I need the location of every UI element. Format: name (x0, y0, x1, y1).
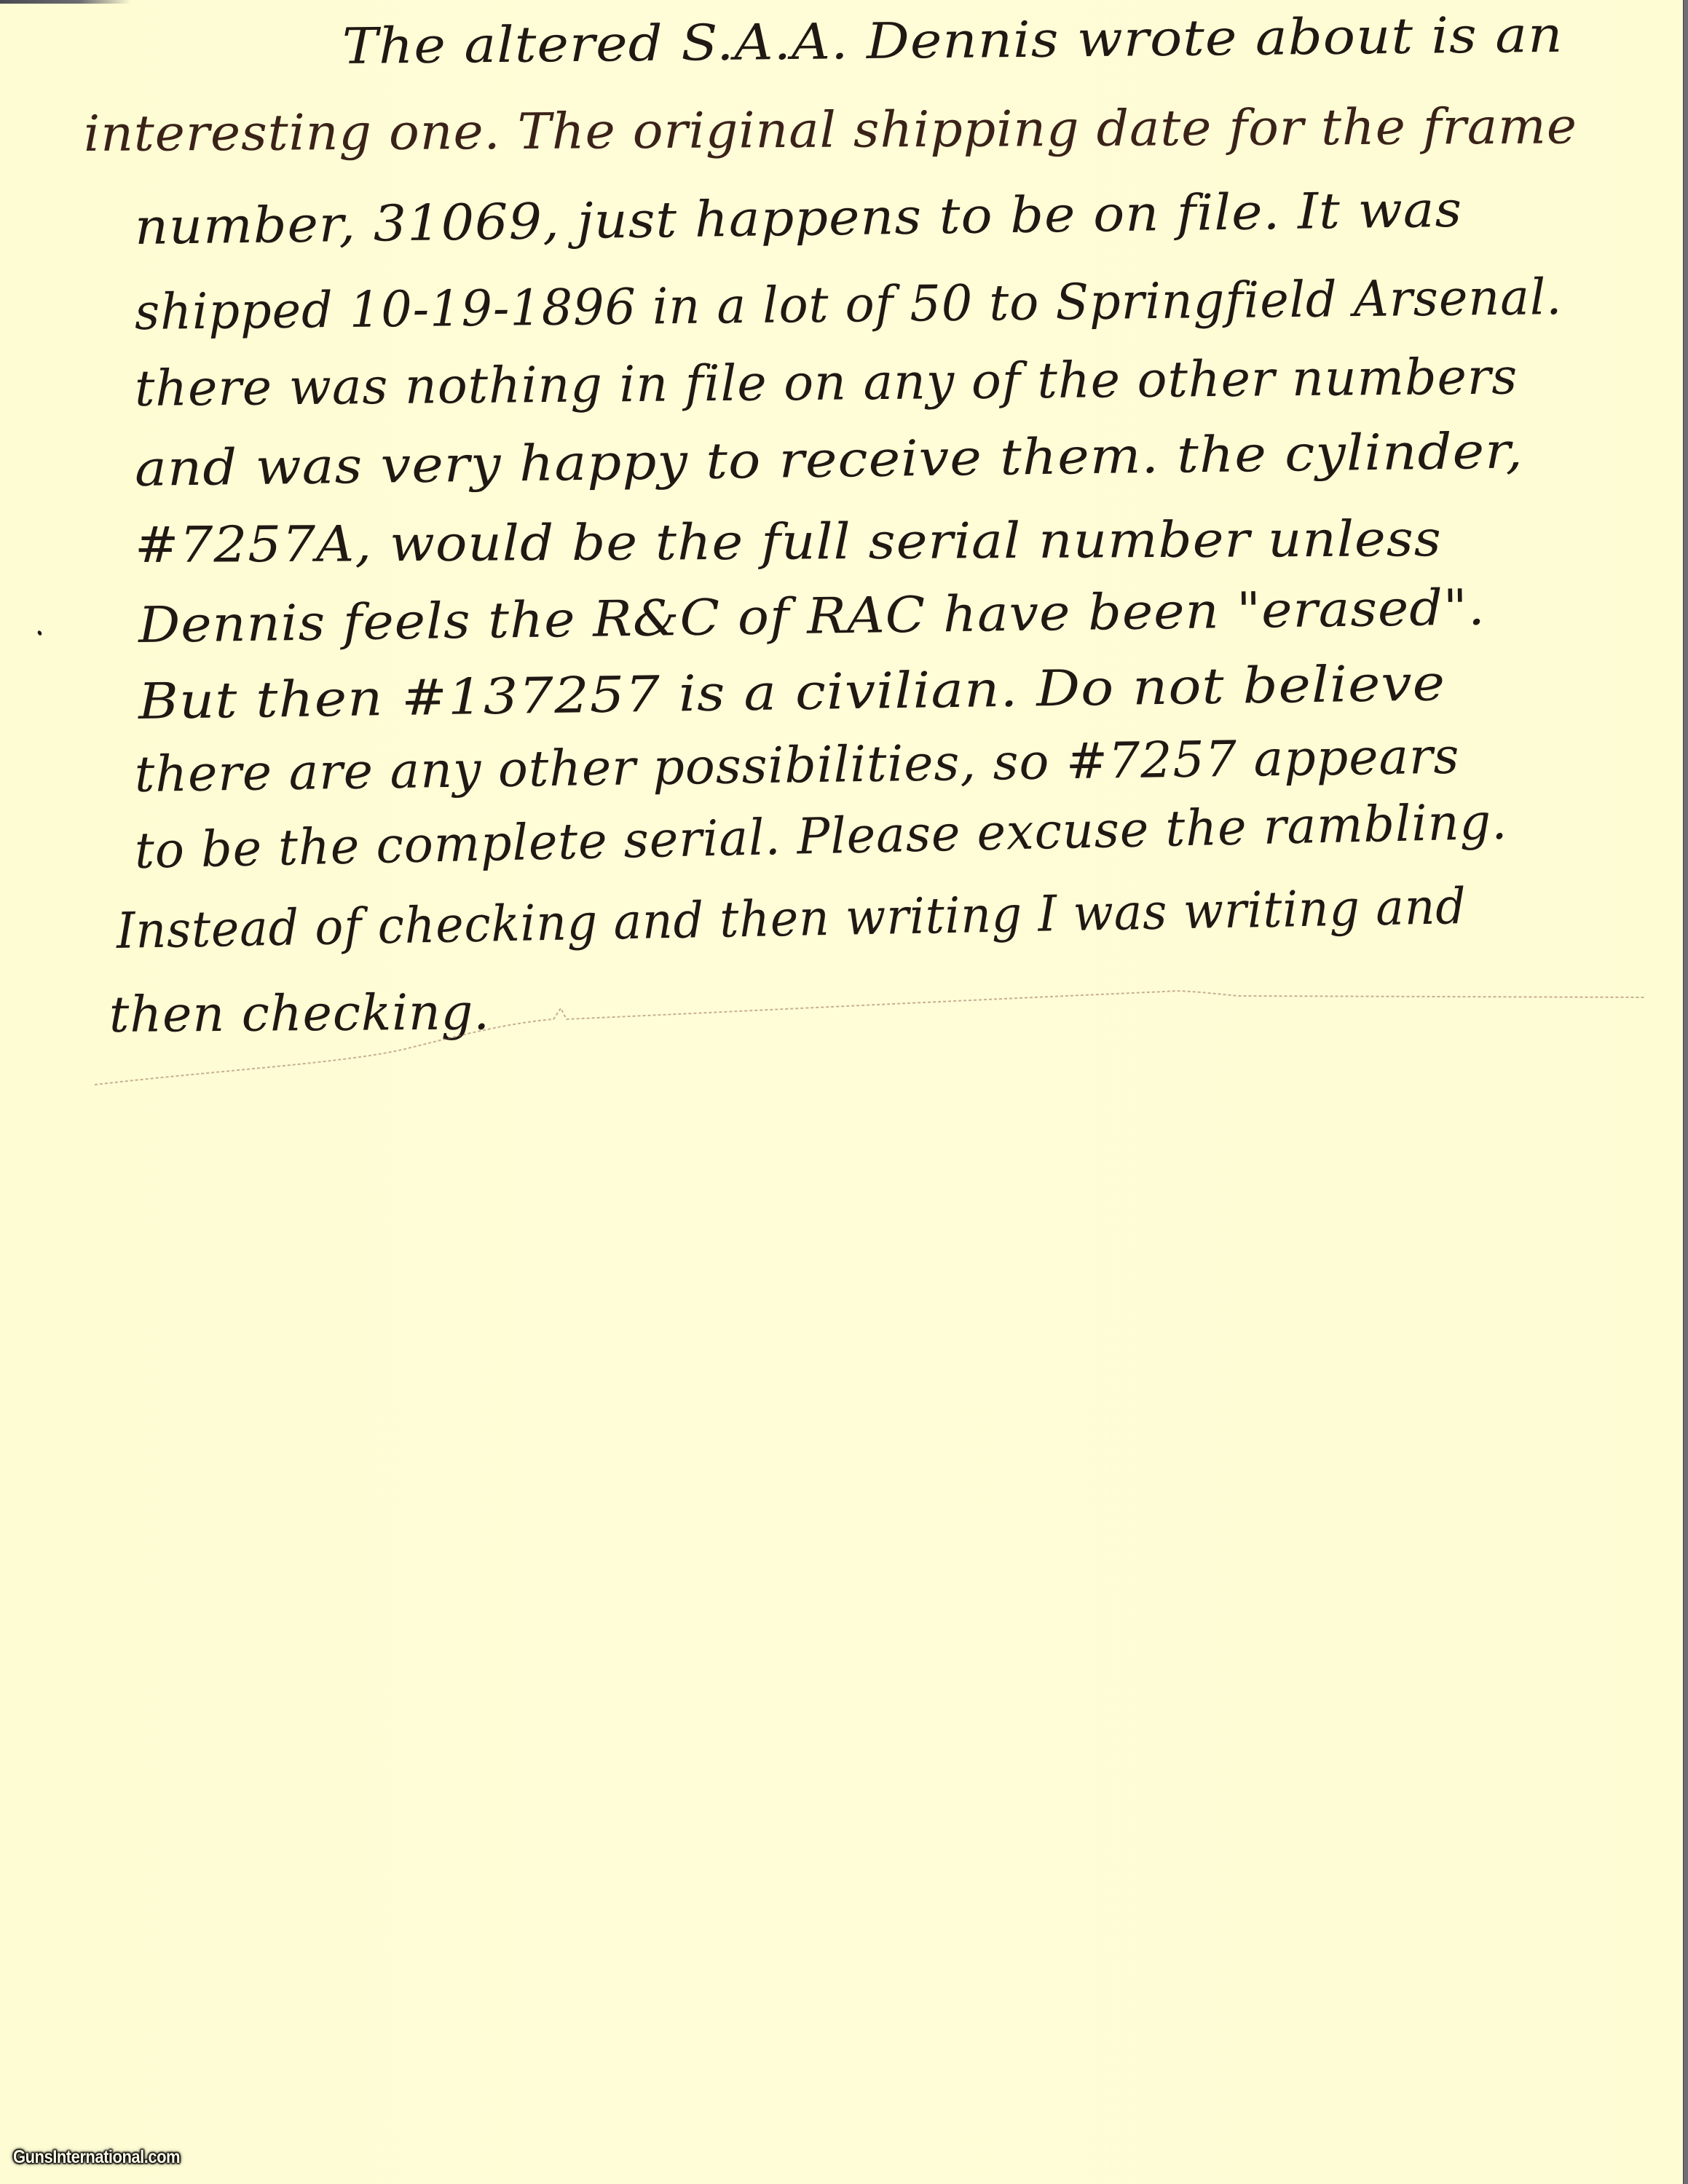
handwritten-line: But then #137257 is a civilian. Do not b… (138, 651, 1446, 735)
scan-edge-shadow (0, 0, 131, 4)
watermark: GunsInternational.com (13, 2146, 180, 2168)
handwritten-line: then checking. (109, 980, 490, 1048)
handwritten-line: The altered S.A.A. Dennis wrote about is… (342, 3, 1563, 80)
handwritten-line: and was very happy to receive them. the … (134, 419, 1523, 502)
scan-edge-right (1683, 0, 1688, 2184)
letter-page: The altered S.A.A. Dennis wrote about is… (0, 0, 1684, 2184)
handwritten-line: number, 31069, just happens to be on fil… (134, 178, 1462, 261)
ink-speck (37, 630, 43, 636)
handwritten-line: Dennis feels the R&C of RAC have been "e… (138, 575, 1486, 659)
handwritten-line: #7257A, would be the full serial number … (135, 507, 1442, 579)
handwritten-line: shipped 10-19-1896 in a lot of 50 to Spr… (135, 265, 1563, 346)
handwritten-line: Instead of checking and then writing I w… (116, 874, 1467, 965)
handwritten-line: interesting one. The original shipping d… (84, 94, 1577, 167)
handwritten-line: there was nothing in file on any of the … (135, 344, 1518, 422)
